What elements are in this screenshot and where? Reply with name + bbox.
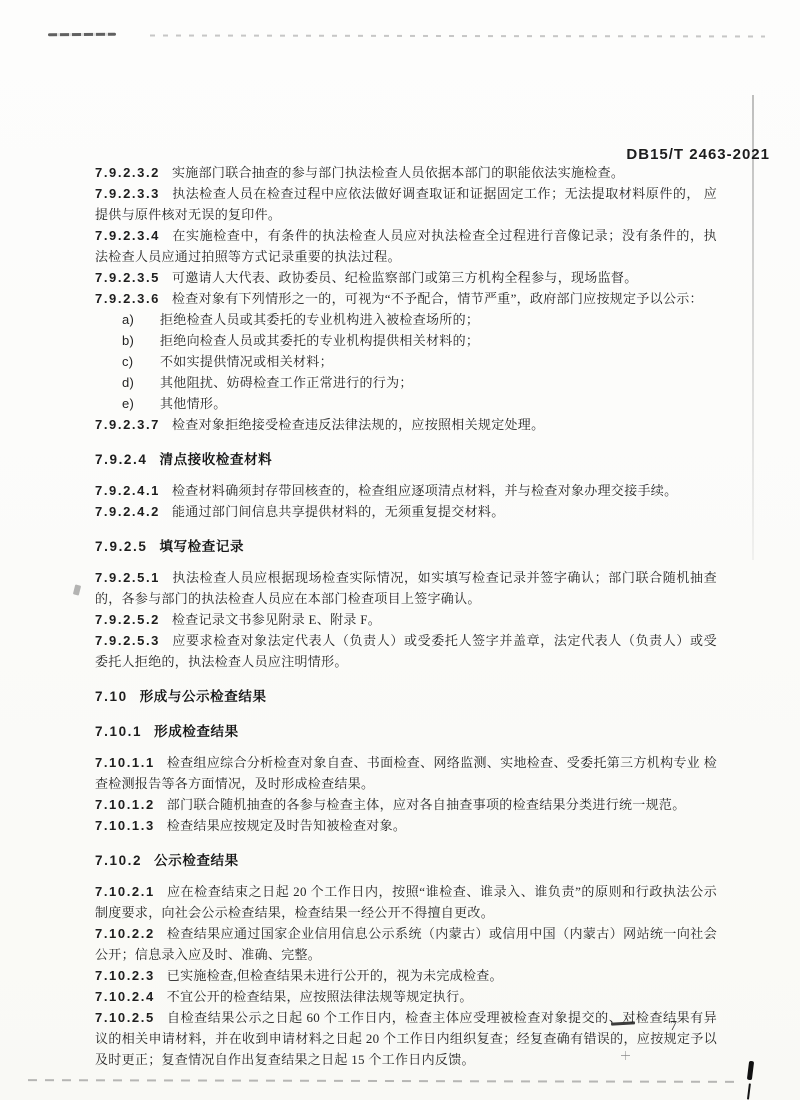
clause-text: 已实施检查,但检查结果未进行公开的，视为未完成检查。 — [167, 968, 503, 983]
clause-number: 7.9.2.3.2 — [95, 165, 160, 180]
list-item-e: e)其他情形。 — [95, 393, 717, 414]
list-item-d: d)其他阻扰、妨碍检查工作正常进行的行为； — [95, 372, 717, 393]
clause-7.9.2.3.3: 7.9.2.3.3执法检查人员在检查过程中应依法做好调查取证和证据固定工作；无法… — [95, 183, 717, 225]
clause-text: 自检查结果公示之日起 60 个工作日内，检查主体应受理被检查对象提交的、对检查结… — [95, 1010, 717, 1067]
heading-number: 7.10 — [95, 689, 128, 704]
clause-text: 实施部门联合抽查的参与部门执法检查人员依据本部门的职能依法实施检查。 — [172, 165, 624, 180]
scanned-document-page: DB15/T 2463-2021 7.9.2.3.2实施部门联合抽查的参与部门执… — [0, 0, 800, 1100]
clause-number: 7.9.2.3.5 — [95, 270, 160, 285]
list-item-a: a)拒绝检查人员或其委托的专业机构进入被检查场所的； — [95, 309, 717, 330]
heading-7.9.2.4: 7.9.2.4清点接收检查材料 — [95, 449, 717, 470]
heading-7.10: 7.10形成与公示检查结果 — [95, 686, 717, 707]
clause-number: 7.9.2.3.4 — [95, 228, 160, 243]
clause-text: 执法检查人员应根据现场检查实际情况，如实填写检查记录并签字确认；部门联合随机抽查… — [95, 570, 717, 606]
list-item-text: 拒绝检查人员或其委托的专业机构进入被检查场所的； — [160, 309, 717, 330]
clause-7.10.2.2: 7.10.2.2检查结果应通过国家企业信用信息公示系统（内蒙古）或信用中国（内蒙… — [95, 923, 717, 965]
clause-number: 7.10.2.2 — [95, 926, 155, 941]
scan-artifact-right-edge-line — [752, 95, 754, 560]
clause-text: 检查对象有下列情形之一的，可视为“不予配合，情节严重”，政府部门应按规定予以公示… — [172, 291, 703, 306]
clause-number: 7.9.2.3.6 — [95, 291, 160, 306]
clause-7.9.2.3.6: 7.9.2.3.6检查对象有下列情形之一的，可视为“不予配合，情节严重”，政府部… — [95, 288, 717, 309]
scan-artifact-left-speck — [73, 584, 81, 595]
clause-number: 7.9.2.3.7 — [95, 417, 160, 432]
scan-artifact-top-dark-dash — [48, 33, 116, 37]
heading-text: 形成与公示检查结果 — [140, 689, 267, 704]
clause-text: 在实施检查中，有条件的执法检查人员应对执法检查全过程进行音像记录；没有条件的，执… — [95, 228, 717, 264]
heading-number: 7.10.1 — [95, 724, 142, 739]
clause-7.9.2.3.5: 7.9.2.3.5可邀请人大代表、政协委员、纪检监察部门或第三方机构全程参与，现… — [95, 267, 717, 288]
list-item-label: e) — [122, 393, 160, 414]
clause-text: 检查材料确须封存带回核查的，检查组应逐项清点材料，并与检查对象办理交接手续。 — [172, 483, 677, 498]
clause-number: 7.10.2.5 — [95, 1010, 155, 1025]
clause-number: 7.9.2.4.1 — [95, 483, 160, 498]
clause-7.9.2.3.4: 7.9.2.3.4在实施检查中，有条件的执法检查人员应对执法检查全过程进行音像记… — [95, 225, 717, 267]
heading-text: 形成检查结果 — [154, 724, 239, 739]
clause-number: 7.10.1.1 — [95, 755, 155, 770]
document-code: DB15/T 2463-2021 — [626, 146, 770, 163]
clause-text: 检查组应综合分析检查对象自查、书面检查、网络监测、实地检查、受委托第三方机构专业… — [95, 755, 717, 791]
page-number: 7 — [670, 1019, 677, 1035]
clause-7.9.2.4.2: 7.9.2.4.2能通过部门间信息共享提供材料的，无须重复提交材料。 — [95, 501, 717, 522]
list-item-label: c) — [122, 351, 160, 372]
heading-number: 7.9.2.4 — [95, 452, 147, 467]
clause-number: 7.9.2.4.2 — [95, 504, 160, 519]
list-item-c: c)不如实提供情况或相关材料； — [95, 351, 717, 372]
clause-7.10.1.1: 7.10.1.1检查组应综合分析检查对象自查、书面检查、网络监测、实地检查、受委… — [95, 752, 717, 794]
heading-text: 公示检查结果 — [154, 853, 239, 868]
scan-artifact-ink-blob — [747, 1061, 754, 1080]
clause-number: 7.10.1.3 — [95, 818, 155, 833]
clause-number: 7.9.2.5.1 — [95, 570, 160, 585]
list-item-b: b)拒绝向检查人员或其委托的专业机构提供相关材料的； — [95, 330, 717, 351]
clause-7.9.2.5.3: 7.9.2.5.3应要求检查对象法定代表人（负责人）或受委托人签字并盖章，法定代… — [95, 630, 717, 672]
clause-text: 检查记录文书参见附录 E、附录 F。 — [172, 612, 381, 627]
clause-7.10.2.4: 7.10.2.4不宜公开的检查结果，应按照法律法规等规定执行。 — [95, 986, 717, 1007]
clause-7.9.2.5.2: 7.9.2.5.2检查记录文书参见附录 E、附录 F。 — [95, 609, 717, 630]
clause-number: 7.10.2.1 — [95, 884, 155, 899]
clause-7.10.2.1: 7.10.2.1应在检查结束之日起 20 个工作日内，按照“谁检查、谁录入、谁负… — [95, 881, 717, 923]
heading-7.9.2.5: 7.9.2.5填写检查记录 — [95, 536, 717, 557]
clause-7.10.2.3: 7.10.2.3已实施检查,但检查结果未进行公开的，视为未完成检查。 — [95, 965, 717, 986]
clause-7.10.2.5: 7.10.2.5自检查结果公示之日起 60 个工作日内，检查主体应受理被检查对象… — [95, 1007, 717, 1070]
condition-list: a)拒绝检查人员或其委托的专业机构进入被检查场所的； b)拒绝向检查人员或其委托… — [95, 309, 717, 414]
list-item-text: 不如实提供情况或相关材料； — [160, 351, 717, 372]
clause-7.9.2.3.7: 7.9.2.3.7检查对象拒绝接受检查违反法律法规的，应按照相关规定处理。 — [95, 414, 717, 435]
clause-7.9.2.3.2: 7.9.2.3.2实施部门联合抽查的参与部门执法检查人员依据本部门的职能依法实施… — [95, 162, 717, 183]
list-item-text: 其他阻扰、妨碍检查工作正常进行的行为； — [160, 372, 717, 393]
clause-7.10.1.3: 7.10.1.3检查结果应按规定及时告知被检查对象。 — [95, 815, 717, 836]
clause-number: 7.10.2.3 — [95, 968, 155, 983]
heading-number: 7.9.2.5 — [95, 539, 147, 554]
clause-text: 检查结果应按规定及时告知被检查对象。 — [167, 818, 406, 833]
clause-text: 执法检查人员在检查过程中应依法做好调查取证和证据固定工作；无法提取材料原件的， … — [95, 186, 717, 222]
clause-number: 7.9.2.3.3 — [95, 186, 160, 201]
scan-artifact-top-dotted-line — [150, 34, 765, 37]
clause-text: 可邀请人大代表、政协委员、纪检监察部门或第三方机构全程参与，现场监督。 — [172, 270, 638, 285]
list-item-text: 其他情形。 — [160, 393, 717, 414]
list-item-label: a) — [122, 309, 160, 330]
clause-number: 7.9.2.5.3 — [95, 633, 160, 648]
clause-text: 能通过部门间信息共享提供材料的，无须重复提交材料。 — [172, 504, 505, 519]
clause-text: 检查对象拒绝接受检查违反法律法规的，应按照相关规定处理。 — [172, 417, 544, 432]
clause-text: 应要求检查对象法定代表人（负责人）或受委托人签字并盖章，法定代表人（负责人）或受… — [95, 633, 717, 669]
clause-text: 检查结果应通过国家企业信用信息公示系统（内蒙古）或信用中国（内蒙古）网站统一向社… — [95, 926, 717, 962]
clause-number: 7.9.2.5.2 — [95, 612, 160, 627]
clause-text: 部门联合随机抽查的各参与检查主体，应对各自抽查事项的检查结果分类进行统一规范。 — [167, 797, 686, 812]
clause-text: 不宜公开的检查结果，应按照法律法规等规定执行。 — [167, 989, 473, 1004]
heading-number: 7.10.2 — [95, 853, 142, 868]
clause-number: 7.10.1.2 — [95, 797, 155, 812]
heading-7.10.1: 7.10.1形成检查结果 — [95, 721, 717, 742]
scan-artifact-bottom-dotted-line — [28, 1079, 742, 1083]
heading-text: 填写检查记录 — [159, 539, 244, 554]
clause-7.9.2.4.1: 7.9.2.4.1检查材料确须封存带回核查的，检查组应逐项清点材料，并与检查对象… — [95, 480, 717, 501]
heading-7.10.2: 7.10.2公示检查结果 — [95, 850, 717, 871]
clause-text: 应在检查结束之日起 20 个工作日内，按照“谁检查、谁录入、谁负责”的原则和行政… — [95, 884, 717, 920]
heading-text: 清点接收检查材料 — [159, 452, 272, 467]
clause-7.9.2.5.1: 7.9.2.5.1执法检查人员应根据现场检查实际情况，如实填写检查记录并签字确认… — [95, 567, 717, 609]
clause-7.10.1.2: 7.10.1.2部门联合随机抽查的各参与检查主体，应对各自抽查事项的检查结果分类… — [95, 794, 717, 815]
clause-number: 7.10.2.4 — [95, 989, 155, 1004]
document-body: 7.9.2.3.2实施部门联合抽查的参与部门执法检查人员依据本部门的职能依法实施… — [95, 162, 717, 1070]
list-item-label: b) — [122, 330, 160, 351]
list-item-text: 拒绝向检查人员或其委托的专业机构提供相关材料的； — [160, 330, 717, 351]
list-item-label: d) — [122, 372, 160, 393]
